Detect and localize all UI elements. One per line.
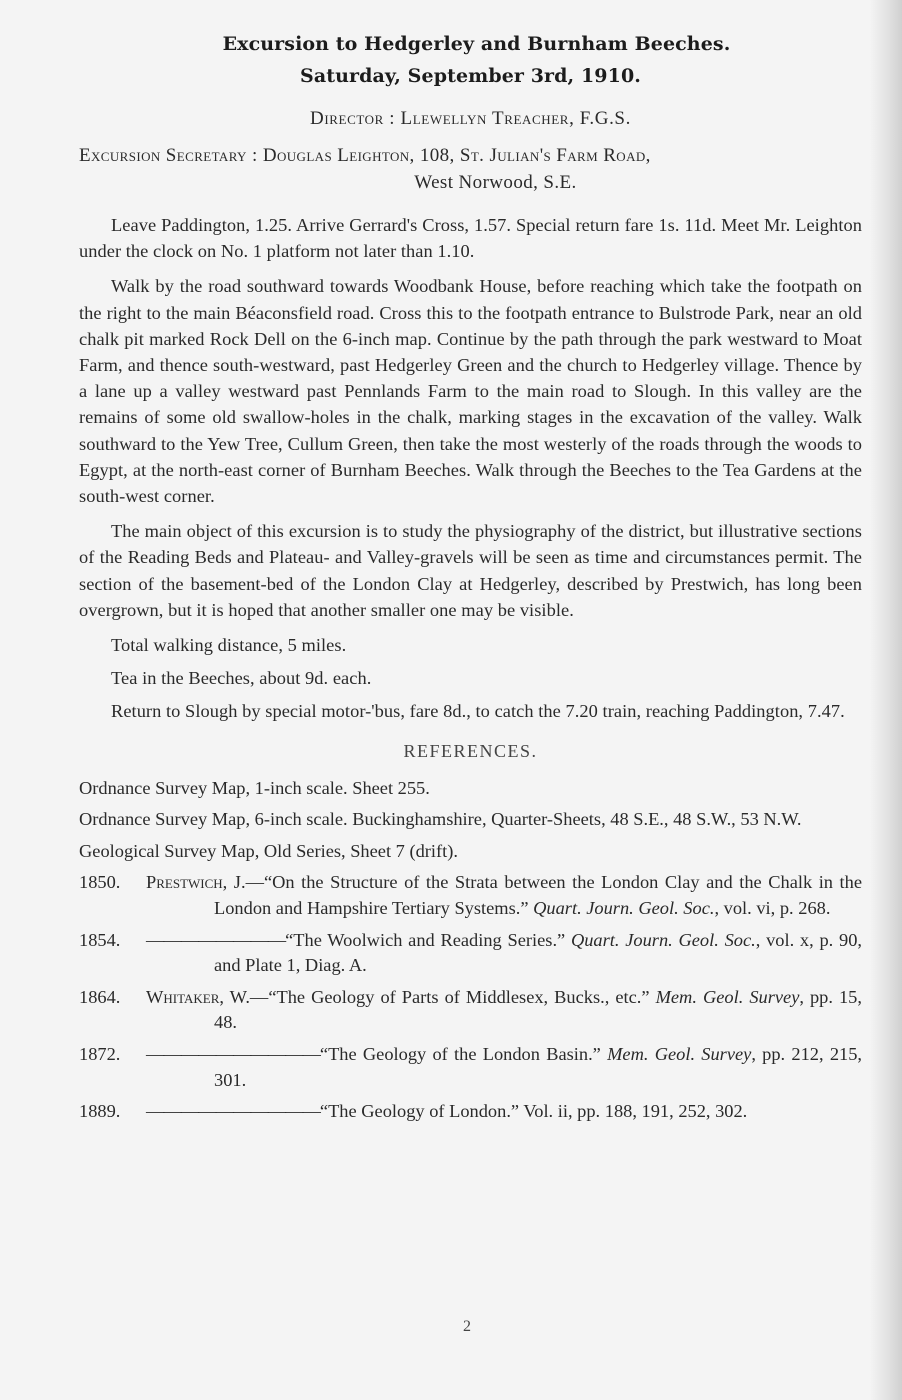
reference-entry: 1889.——————————“The Geology of London.” … xyxy=(79,1099,862,1125)
reference-author: Whitaker, W. xyxy=(146,987,250,1007)
paragraph-travel: Leave Paddington, 1.25. Arrive Gerrard's… xyxy=(79,212,862,264)
reference-year: 1854. xyxy=(79,928,146,954)
reference-map: Ordnance Survey Map, 1-inch scale. Sheet… xyxy=(79,776,862,802)
reference-journal: Mem. Geol. Survey xyxy=(656,987,800,1007)
paragraph-route: Walk by the road southward towards Woodb… xyxy=(79,273,862,509)
reference-title: “The Geology of London.” Vol. ii, pp. 18… xyxy=(320,1101,747,1121)
reference-map: Ordnance Survey Map, 6-inch scale. Bucki… xyxy=(79,807,862,833)
reference-title: “The Woolwich and Reading Series.” xyxy=(285,930,571,950)
secretary-address-line2: West Norwood, S.E. xyxy=(79,169,862,196)
director-line: Director : Llewellyn Treacher, F.G.S. xyxy=(79,108,862,130)
reference-title: “The Geology of the London Basin.” xyxy=(320,1044,607,1064)
secretary-line: Excursion Secretary : Douglas Leighton, … xyxy=(79,142,862,196)
page-number: 2 xyxy=(463,1318,471,1336)
page-gutter-shadow xyxy=(870,0,902,1400)
reference-detail: , vol. vi, p. 268. xyxy=(714,898,830,918)
paragraph-return: Return to Slough by special motor-'bus, … xyxy=(79,698,862,724)
references-heading: REFERENCES. xyxy=(79,741,862,762)
reference-journal: Mem. Geol. Survey xyxy=(607,1044,751,1064)
reference-year: 1864. xyxy=(79,985,146,1011)
reference-journal: Quart. Journ. Geol. Soc. xyxy=(571,930,756,950)
reference-author-ditto: —————————— xyxy=(146,1044,320,1064)
reference-entry: 1854.————————“The Woolwich and Reading S… xyxy=(79,928,862,979)
reference-author-ditto: —————————— xyxy=(146,1101,320,1121)
reference-title: —“The Geology of Parts of Middlesex, Buc… xyxy=(250,987,656,1007)
reference-entry: 1850.Prestwich, J.—“On the Structure of … xyxy=(79,870,862,921)
secretary-address: Douglas Leighton, 108, St. Julian's Farm… xyxy=(263,145,651,166)
reference-entry: 1872.——————————“The Geology of the Londo… xyxy=(79,1042,862,1093)
reference-entry: 1864.Whitaker, W.—“The Geology of Parts … xyxy=(79,985,862,1036)
paragraph-tea: Tea in the Beeches, about 9d. each. xyxy=(79,665,862,691)
document-page: Excursion to Hedgerley and Burnham Beech… xyxy=(79,28,862,1125)
reference-year: 1872. xyxy=(79,1042,146,1068)
paragraph-object: The main object of this excursion is to … xyxy=(79,518,862,623)
director-name: Llewellyn Treacher, F.G.S. xyxy=(401,108,631,129)
paragraph-distance: Total walking distance, 5 miles. xyxy=(79,632,862,658)
reference-author: Prestwich, J. xyxy=(146,872,246,892)
reference-journal: Quart. Journ. Geol. Soc. xyxy=(533,898,714,918)
reference-map: Geological Survey Map, Old Series, Sheet… xyxy=(79,839,862,865)
reference-year: 1850. xyxy=(79,870,146,896)
excursion-title: Excursion to Hedgerley and Burnham Beech… xyxy=(91,28,862,60)
secretary-label: Excursion Secretary : xyxy=(79,145,258,166)
reference-author-ditto: ———————— xyxy=(146,930,285,950)
excursion-date: Saturday, September 3rd, 1910. xyxy=(79,60,862,92)
director-label: Director : xyxy=(310,108,395,129)
reference-year: 1889. xyxy=(79,1099,146,1125)
